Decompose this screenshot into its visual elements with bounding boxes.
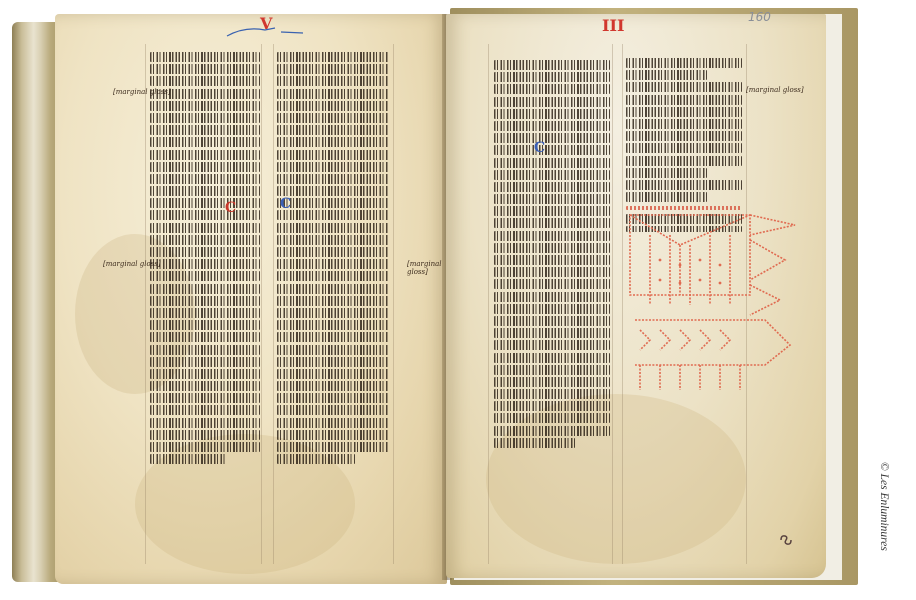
running-header: III <box>602 16 624 35</box>
ruling-line <box>488 44 489 564</box>
foliation-number: 160 <box>748 10 771 24</box>
ruling-line <box>273 44 274 564</box>
decorated-initial: C <box>280 196 291 212</box>
margin-note: [marginal gloss] <box>746 86 804 94</box>
ruling-line <box>393 44 394 564</box>
fore-edge-left <box>12 22 60 582</box>
left-page: V [marginal gloss] [marginal gloss] [mar… <box>55 14 447 584</box>
text-column-1 <box>494 60 610 450</box>
red-ink-drawing <box>620 205 800 395</box>
text-column-1 <box>150 52 260 466</box>
margin-note: [marginal gloss] <box>407 260 447 276</box>
running-header-text: III <box>602 16 624 35</box>
ruling-line <box>145 44 146 564</box>
ruling-line <box>612 44 613 564</box>
owner-stamp-icon <box>778 533 794 547</box>
header-flourish <box>225 24 305 38</box>
copyright-credit: © Les Enluminures <box>876 462 892 582</box>
decorated-initial: C <box>534 140 545 156</box>
copyright-text: © Les Enluminures <box>878 462 890 551</box>
text-column-2 <box>277 52 389 466</box>
decorated-initial: C <box>225 200 236 216</box>
ruling-line <box>261 44 262 564</box>
